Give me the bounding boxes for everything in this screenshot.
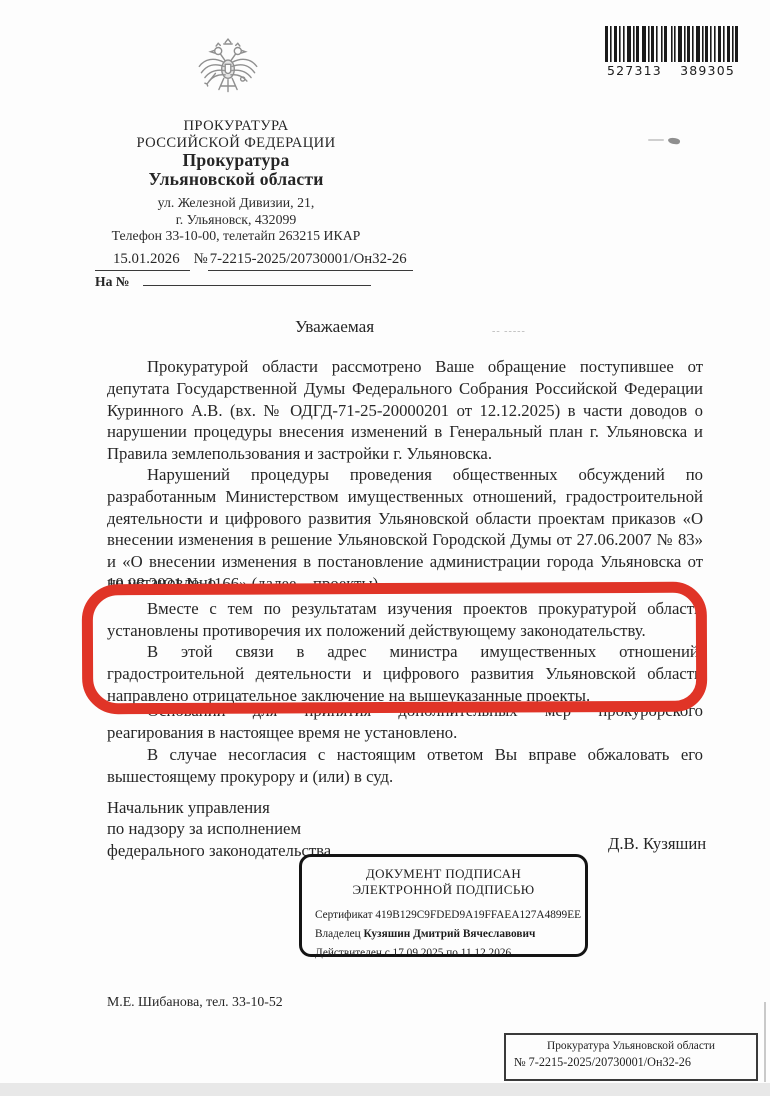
- redacted-addressee: -- -----: [492, 326, 536, 337]
- barcode-number-left: 527313: [607, 63, 662, 78]
- scan-smudge: [668, 137, 681, 145]
- number-sign: №: [194, 251, 208, 268]
- body-paragraph-6: В случае несогласия с настоящим ответом …: [107, 744, 703, 788]
- body-paragraph-3: Вместе с тем по результатам изучения про…: [107, 598, 703, 642]
- reference-block: 15.01.2026№7-2215-2025/20730001/Он32-26 …: [95, 251, 413, 291]
- address-line-2: г. Ульяновск, 432099: [62, 212, 410, 229]
- stamp-validity: Действителен с 17.09.2025 по 11.12.2026: [315, 944, 585, 963]
- body-paragraph-5-line-1: Оснований для принятия дополнительных ме…: [107, 700, 703, 722]
- stamp-owner: Владелец Кузяшин Дмитрий Вячеславович: [315, 925, 585, 944]
- org-line-2: РОССИЙСКОЙ ФЕДЕРАЦИИ: [62, 135, 410, 152]
- document-date: 15.01.2026: [95, 251, 190, 271]
- address-line-1: ул. Железной Дивизии, 21,: [62, 195, 410, 212]
- electronic-signature-stamp: ДОКУМЕНТ ПОДПИСАН ЭЛЕКТРОННОЙ ПОДПИСЬЮ С…: [299, 854, 588, 957]
- barcode-bars: [601, 26, 741, 62]
- postal-barcode: 527313 389305: [601, 26, 741, 78]
- reply-to-blank-line: [143, 273, 371, 286]
- signer-position-line-1: Начальник управления: [107, 797, 331, 818]
- reference-row-2: На №: [95, 273, 413, 291]
- stamp-owner-label: Владелец: [315, 928, 363, 940]
- org-line-1: ПРОКУРАТУРА: [62, 118, 410, 135]
- scan-bottom-strip: [0, 1083, 770, 1096]
- reference-row-1: 15.01.2026№7-2215-2025/20730001/Он32-26: [95, 251, 413, 271]
- body-paragraph-5-line-2: реагирования в настоящее время не устано…: [107, 722, 703, 744]
- letterhead-org-name: ПРОКУРАТУРА РОССИЙСКОЙ ФЕДЕРАЦИИ Прокура…: [62, 118, 410, 188]
- signer-position-line-2: по надзору за исполнением: [107, 818, 331, 839]
- org-line-3: Прокуратура: [62, 151, 410, 170]
- stamp-certificate: Сертификат 419B129C9FDED9A19FFAEA127A489…: [315, 906, 585, 925]
- scan-edge-artifact: [764, 1002, 766, 1082]
- scan-smudge: [648, 139, 664, 141]
- body-paragraph-4: В этой связи в адрес министра имуществен…: [107, 641, 703, 706]
- salutation: Уважаемая: [295, 317, 374, 337]
- body-paragraph-2-tail: не установлено.: [107, 572, 703, 594]
- registration-stamp-box: Прокуратура Ульяновской области № 7-2215…: [504, 1033, 758, 1081]
- registration-org: Прокуратура Ульяновской области: [506, 1040, 756, 1052]
- stamp-owner-name: Кузяшин Дмитрий Вячеславович: [363, 928, 535, 940]
- body-paragraph-1: Прокуратурой области рассмотрено Ваше об…: [107, 356, 703, 465]
- letterhead-address: ул. Железной Дивизии, 21, г. Ульяновск, …: [62, 195, 410, 245]
- org-line-4: Ульяновской области: [62, 170, 410, 189]
- signer-position-line-3: федерального законодательства: [107, 840, 331, 861]
- registration-number: № 7-2215-2025/20730001/Он32-26: [514, 1055, 756, 1070]
- barcode-number-right: 389305: [680, 63, 735, 78]
- executor-contact: М.Е. Шибанова, тел. 33-10-52: [107, 994, 283, 1010]
- coat-of-arms-eagle-icon: [193, 36, 263, 108]
- reply-to-label: На №: [95, 274, 129, 289]
- signer-position: Начальник управления по надзору за испол…: [107, 797, 331, 861]
- address-line-3: Телефон 33-10-00, телетайп 263215 ИКАР: [62, 228, 410, 245]
- document-number: 7-2215-2025/20730001/Он32-26: [208, 251, 413, 271]
- signer-name: Д.В. Кузяшин: [608, 834, 706, 854]
- stamp-title-line-2: ЭЛЕКТРОННОЙ ПОДПИСЬЮ: [302, 882, 585, 898]
- stamp-title-line-1: ДОКУМЕНТ ПОДПИСАН: [302, 866, 585, 882]
